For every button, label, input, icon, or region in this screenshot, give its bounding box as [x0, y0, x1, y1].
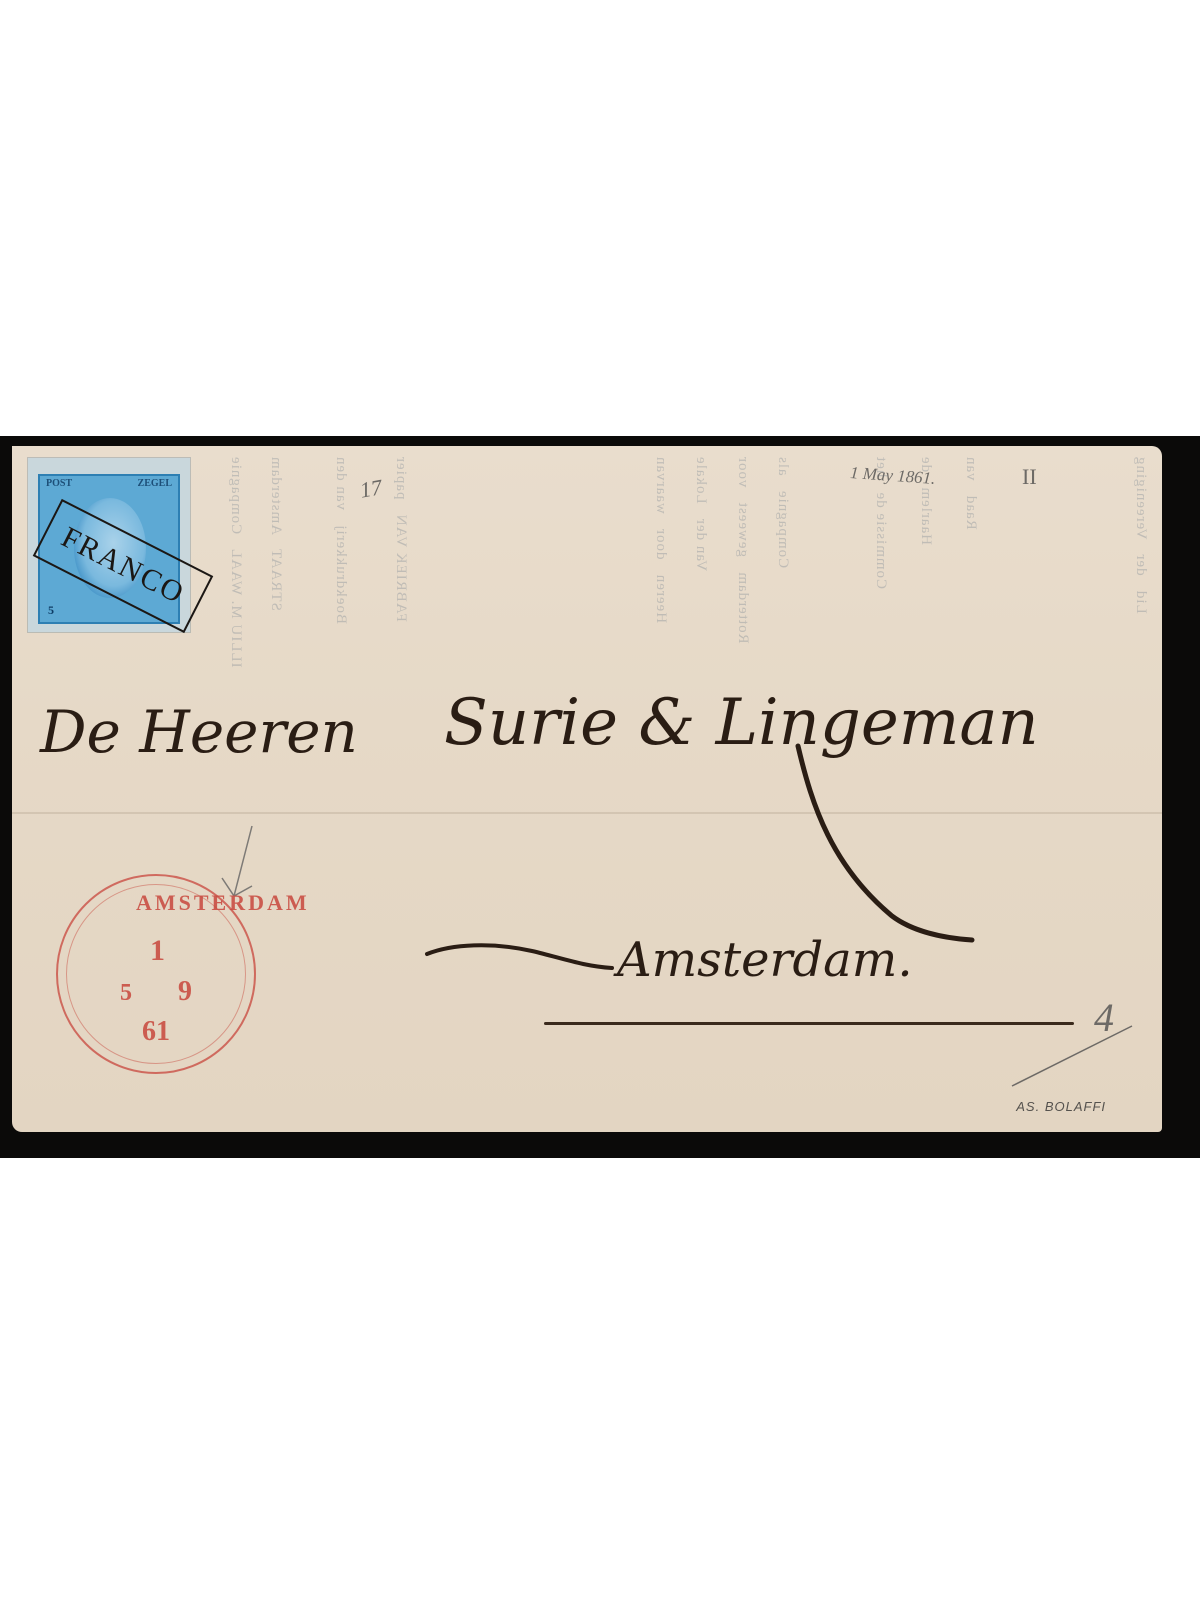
- amsterdam-postmark: AMSTERDAM 1 5 9 61: [56, 874, 256, 1074]
- pencil-corner-mark: 4: [1094, 994, 1114, 1041]
- postmark-year: 61: [142, 1016, 170, 1048]
- address-underline: [544, 1022, 1074, 1025]
- letter-cover: ILLIU M. WAAL Compagnie STRAAT Amsterdam…: [12, 446, 1162, 1132]
- expert-signature: AS. BOLAFFI: [1016, 1099, 1106, 1114]
- postmark-day: 1: [150, 934, 165, 968]
- postmark-hour: 9: [178, 976, 192, 1008]
- postmark-town: AMSTERDAM: [136, 890, 310, 916]
- postmark-month: 5: [120, 980, 132, 1007]
